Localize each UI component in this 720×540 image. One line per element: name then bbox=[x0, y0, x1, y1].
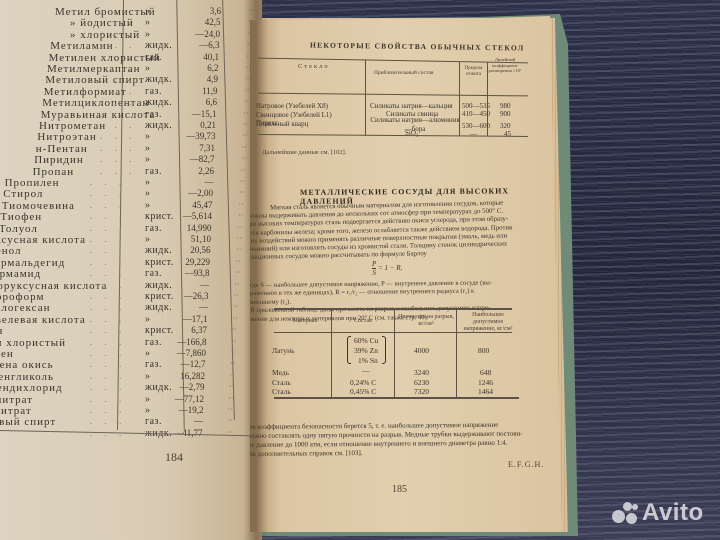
strength-value: 4000 bbox=[414, 346, 429, 355]
faded-column-value: ·· bbox=[228, 6, 254, 15]
faded-column-value: ·· bbox=[210, 348, 236, 357]
substance-name: Формальдегид bbox=[0, 257, 65, 269]
page-number-left: 184 bbox=[165, 450, 183, 465]
glass-composition: Силикаты натрия—кальция bbox=[370, 102, 453, 110]
faded-column-value: ·· bbox=[214, 268, 240, 277]
material-name: Латунь bbox=[272, 346, 295, 355]
physical-state: » bbox=[145, 143, 151, 154]
formula-rest: = 1 − R, bbox=[378, 264, 402, 272]
substance-name: Этиловый спирт bbox=[0, 416, 56, 428]
substance-name: Этилен bbox=[0, 348, 14, 360]
material-name: Медь bbox=[272, 368, 289, 377]
physical-state: жидк. bbox=[145, 302, 172, 313]
faded-column-value: ·· bbox=[212, 302, 238, 311]
temperature-value: 2,26 bbox=[176, 166, 214, 176]
faded-column-value: ·· bbox=[209, 371, 235, 380]
temperature-value: 0,21 bbox=[178, 120, 216, 130]
substance-name: Хлороформ bbox=[0, 291, 44, 303]
leader-dots: . . . bbox=[100, 29, 136, 39]
leader-dots: . . . bbox=[90, 257, 126, 267]
physical-state: » bbox=[145, 188, 151, 199]
leader-dots: . . . bbox=[90, 348, 126, 358]
material-name: Сталь bbox=[272, 378, 291, 387]
physical-state: крист. bbox=[145, 257, 174, 268]
composition-line: 0,45% C bbox=[350, 387, 376, 396]
faded-column-value: ·· bbox=[224, 74, 250, 83]
physical-state: » bbox=[145, 29, 151, 40]
faded-column-value: ·· bbox=[211, 325, 237, 334]
faded-column-value: ·· bbox=[213, 291, 239, 300]
faded-column-value: ·· bbox=[206, 416, 232, 425]
text-line: Для дополнительных справок см. [103]. bbox=[250, 447, 562, 459]
bracket-right bbox=[382, 336, 386, 364]
temperature-value: 29,229 bbox=[172, 257, 210, 267]
glass-name: Натровое (Узебелей Х8) bbox=[256, 102, 328, 110]
leader-dots: . . . bbox=[90, 416, 126, 426]
physical-state: крист. bbox=[145, 291, 174, 302]
temperature-value: —77,12 bbox=[166, 394, 204, 404]
temperature-value: 6,2 bbox=[181, 63, 219, 73]
leader-dots: . . . bbox=[100, 6, 136, 16]
physical-state: » bbox=[145, 234, 151, 245]
temperature-value: — bbox=[170, 302, 208, 312]
physical-state: газ. bbox=[145, 359, 162, 370]
substance-name: Циклогексан bbox=[0, 302, 50, 314]
physical-state: » bbox=[145, 348, 151, 359]
faded-column-value: ·· bbox=[227, 17, 253, 26]
leader-dots: . . . bbox=[90, 268, 126, 278]
left-page-table: Метил бромистый. . .»3,6··» йодистый. . … bbox=[0, 0, 262, 430]
faded-column-value: ·· bbox=[215, 245, 241, 254]
temperature-value: —26,3 bbox=[171, 291, 209, 301]
leader-dots: . . . bbox=[90, 325, 126, 335]
leader-dots: . . . bbox=[90, 188, 126, 198]
barlow-formula: PS = 1 − R, bbox=[372, 260, 402, 277]
temperature-value: 6,6 bbox=[179, 97, 217, 107]
stress-value: 800 bbox=[478, 346, 489, 355]
leader-dots: . . . bbox=[90, 280, 126, 290]
column-divider bbox=[456, 309, 457, 397]
temperature-value: —6,3 bbox=[182, 40, 220, 50]
substance-name: Фенол bbox=[0, 245, 22, 257]
physical-state: » bbox=[145, 405, 151, 416]
physical-state: газ. bbox=[145, 268, 162, 279]
column-divider bbox=[394, 309, 395, 397]
composition-line: — bbox=[362, 366, 370, 375]
glass-name: Свинцовое (Узебелей L1) bbox=[256, 111, 332, 119]
physical-state: газ. bbox=[145, 52, 162, 63]
physical-state: газ. bbox=[145, 223, 162, 234]
leader-dots: . . . bbox=[90, 177, 126, 187]
stress-value: 648 bbox=[480, 368, 491, 377]
substance-name: Этилендихлорид bbox=[0, 382, 63, 394]
leader-dots: . . . bbox=[90, 302, 126, 312]
temperature-value: 11,9 bbox=[180, 86, 218, 96]
leader-dots: . . . bbox=[90, 382, 126, 392]
composition-line: 60% Cu bbox=[354, 336, 378, 345]
leader-dots: . . . bbox=[90, 405, 126, 415]
paragraph-safety: Для коэффициента безопасности берется 5,… bbox=[250, 420, 562, 459]
leader-dots: . . . bbox=[100, 154, 136, 164]
faded-column-value: ·· bbox=[226, 52, 252, 61]
leader-dots: . . . bbox=[100, 131, 136, 141]
leader-dots: . . . bbox=[100, 74, 136, 84]
header-glass: Стекло bbox=[298, 63, 330, 70]
physical-state: жидк. bbox=[145, 40, 172, 51]
glass-anneal: — bbox=[470, 130, 477, 138]
leader-dots: . . . bbox=[90, 211, 126, 221]
temperature-value: — bbox=[176, 177, 214, 187]
temperature-value: 40,1 bbox=[181, 52, 219, 62]
physical-state: газ. bbox=[145, 109, 162, 120]
leader-dots: . . . bbox=[100, 17, 136, 27]
physical-state: » bbox=[145, 154, 151, 165]
faded-column-value: ·· bbox=[225, 63, 251, 72]
physical-state: крист. bbox=[145, 211, 174, 222]
faded-column-value: ·· bbox=[217, 211, 243, 220]
substance-name: Пропан bbox=[33, 166, 75, 178]
temperature-value: 51,10 bbox=[173, 234, 211, 244]
leader-dots: . . . bbox=[100, 166, 136, 176]
temperature-value: —24,0 bbox=[182, 29, 220, 39]
faded-column-value: ·· bbox=[208, 394, 234, 403]
temperature-value: —12,7 bbox=[168, 359, 206, 369]
faded-column-value: ·· bbox=[216, 234, 242, 243]
faded-column-value: ·· bbox=[227, 29, 253, 38]
header-material: Материал bbox=[280, 318, 330, 325]
faded-column-value: ·· bbox=[209, 359, 235, 368]
physical-state: » bbox=[145, 371, 151, 382]
temperature-value: —82,7 bbox=[177, 154, 215, 164]
leader-dots: . . . bbox=[90, 394, 126, 404]
temperature-value: —2,79 bbox=[167, 382, 205, 392]
glass-composition: SiO₂ bbox=[405, 129, 418, 137]
faded-column-value: ·· bbox=[211, 337, 237, 346]
substance-name: Этилнитрат bbox=[0, 405, 32, 417]
faded-column-value: ·· bbox=[226, 40, 252, 49]
leader-dots: . . . bbox=[100, 97, 136, 107]
physical-state: » bbox=[145, 63, 151, 74]
substance-name: Нитроэтан bbox=[37, 131, 96, 143]
leader-dots: . . . bbox=[100, 52, 136, 62]
faded-column-value: ·· bbox=[215, 257, 241, 266]
strength-value: 3240 bbox=[414, 368, 429, 377]
leader-dots: . . . bbox=[100, 40, 136, 50]
substance-name: н-Пентан bbox=[36, 143, 88, 155]
leader-dots: . . . bbox=[100, 120, 136, 130]
faded-column-value: ·· bbox=[223, 97, 249, 106]
leader-dots: . . . bbox=[90, 234, 126, 244]
faded-column-value: ·· bbox=[208, 382, 234, 391]
header-composition: Состав bbox=[334, 318, 392, 325]
paragraph-intro: Мягкая сталь является обычным материалом… bbox=[250, 198, 562, 262]
temperature-value: —17,1 bbox=[170, 314, 208, 324]
table-rule bbox=[274, 397, 519, 399]
temperature-value: —7,860 bbox=[168, 348, 206, 358]
header-composition: Приблизительный состав bbox=[374, 70, 433, 76]
physical-state: жидк. bbox=[145, 245, 172, 256]
glass-expansion: 45 bbox=[504, 130, 511, 138]
substance-name: Этилнитрат bbox=[0, 394, 33, 406]
glass-anneal: 530—600 bbox=[462, 122, 490, 130]
faded-column-value: ·· bbox=[217, 223, 243, 232]
composition-line: 1% Sn bbox=[358, 356, 378, 365]
substance-name: Этиленгликоль bbox=[0, 371, 54, 383]
substance-name: Тиофен bbox=[0, 211, 42, 223]
leader-dots: . . . bbox=[90, 223, 126, 233]
substance-name: Нитрометан bbox=[39, 120, 106, 132]
strength-value: 6230 bbox=[414, 378, 429, 387]
physical-state: газ. bbox=[145, 86, 162, 97]
faded-column-value: ·· bbox=[212, 314, 238, 323]
leader-dots: . . . bbox=[90, 200, 126, 210]
faded-column-value: ·· bbox=[207, 405, 233, 414]
glass-table-note: Дальнейшие данные см. [102]. bbox=[262, 149, 346, 156]
substance-name: Пиридин bbox=[34, 154, 84, 166]
temperature-value: —166,8 bbox=[169, 337, 207, 347]
glass-name: Плавленый кварц bbox=[256, 120, 308, 128]
temperature-value: —39,73 bbox=[178, 131, 216, 141]
faded-column-value: ·· bbox=[224, 86, 250, 95]
leader-dots: . . . bbox=[90, 314, 126, 324]
formula-numerator: P bbox=[372, 260, 376, 268]
column-divider bbox=[365, 60, 366, 136]
right-page: НЕКОТОРЫЕ СВОЙСТВА ОБЫЧНЫХ СТЕКОЛ Стекло… bbox=[250, 16, 562, 532]
physical-state: жидк. bbox=[145, 97, 172, 108]
glass-anneal: 410—450 bbox=[462, 110, 490, 118]
temperature-value: —2,00 bbox=[175, 188, 213, 198]
temperature-value: —19,2 bbox=[166, 405, 204, 415]
physical-state: » bbox=[145, 17, 151, 28]
substance-name: Тиомочевина bbox=[2, 200, 75, 212]
substance-name: Стирол bbox=[3, 188, 43, 200]
faded-column-value: ·· bbox=[218, 188, 244, 197]
temperature-value: — bbox=[165, 416, 203, 426]
temperature-value: 42,5 bbox=[183, 17, 221, 27]
bracket-left bbox=[347, 336, 351, 364]
temperature-value: —5,614 bbox=[174, 211, 212, 221]
physical-state: газ. bbox=[145, 166, 162, 177]
temperature-value: 4,9 bbox=[180, 74, 218, 84]
strength-value: 7320 bbox=[414, 387, 429, 396]
avito-dots-icon bbox=[612, 500, 638, 526]
composition-line: 0,24% C bbox=[350, 378, 376, 387]
leader-dots: . . . bbox=[90, 291, 126, 301]
material-name: Сталь bbox=[272, 387, 291, 396]
faded-column-value: ·· bbox=[220, 154, 246, 163]
glass-expansion: 320 bbox=[500, 122, 511, 130]
substance-name: Пропилен bbox=[5, 177, 60, 189]
physical-state: » bbox=[145, 131, 151, 142]
stress-value: 1246 bbox=[478, 378, 493, 387]
faded-column-value: ·· bbox=[223, 109, 249, 118]
temperature-value: 16,282 bbox=[167, 371, 205, 381]
physical-state: » bbox=[145, 6, 151, 17]
glass-expansion: 900 bbox=[500, 110, 511, 118]
leader-dots: . . . bbox=[100, 63, 136, 73]
temperature-value: —15,1 bbox=[179, 109, 217, 119]
faded-column-value: ·· bbox=[221, 143, 247, 152]
stress-value: 1464 bbox=[478, 387, 493, 396]
leader-dots: . . . bbox=[100, 143, 136, 153]
physical-state: » bbox=[145, 394, 151, 405]
physical-state: » bbox=[145, 314, 151, 325]
faded-column-value: ·· bbox=[221, 131, 247, 140]
substance-name: Толуол bbox=[0, 223, 38, 235]
temperature-value: 3,6 bbox=[183, 6, 221, 16]
avito-logo-text: Avito bbox=[642, 499, 704, 527]
table-rule bbox=[274, 308, 512, 310]
physical-state: жидк. bbox=[145, 120, 172, 131]
glass-table-title: НЕКОТОРЫЕ СВОЙСТВА ОБЫЧНЫХ СТЕКОЛ bbox=[310, 41, 525, 53]
temperature-value: — bbox=[171, 280, 209, 290]
substance-name: Щавелевая кислота bbox=[0, 314, 86, 326]
physical-state: жидк. bbox=[145, 74, 172, 85]
physical-state: жидк. bbox=[145, 280, 172, 291]
faded-column-value: ·· bbox=[219, 177, 245, 186]
substance-name: Муравьиная кислота bbox=[41, 109, 156, 121]
temperature-value: —93,8 bbox=[172, 268, 210, 278]
temperature-value: 6,37 bbox=[169, 325, 207, 335]
substance-name: Этил хлористый bbox=[0, 337, 66, 349]
temperature-value: 45,47 bbox=[175, 200, 213, 210]
leader-dots: . . . bbox=[90, 337, 126, 347]
faded-column-value: ·· bbox=[214, 280, 240, 289]
leader-dots: . . . bbox=[90, 359, 126, 369]
faded-column-value: ·· bbox=[218, 200, 244, 209]
header-expansion: Линейный коэффициент расширения ×10⁷ bbox=[488, 57, 522, 74]
leader-dots: . . . bbox=[90, 371, 126, 381]
avito-watermark: Avito bbox=[612, 499, 704, 527]
formula-denominator: S bbox=[372, 268, 376, 277]
composition-line: 39% Zn bbox=[354, 346, 378, 355]
author-signature: E.F.G.H. bbox=[508, 460, 544, 469]
glass-expansion: 980 bbox=[500, 102, 511, 110]
substance-name: Уксусная кислота bbox=[0, 234, 86, 246]
header-strength: Прочность на разрыв, кг/см² bbox=[397, 314, 455, 328]
leader-dots: . . . bbox=[90, 245, 126, 255]
temperature-value: 20,56 bbox=[173, 245, 211, 255]
substance-name: Этилена окись bbox=[0, 359, 54, 371]
faded-column-value: ·· bbox=[220, 166, 246, 175]
leader-dots: . . . bbox=[100, 86, 136, 96]
physical-state: газ. bbox=[145, 416, 162, 427]
faded-column-value: ·· bbox=[222, 120, 248, 129]
left-page: Метил бромистый. . .»3,6··» йодистый. . … bbox=[0, 0, 262, 540]
temperature-value: 14,990 bbox=[174, 223, 212, 233]
physical-state: » bbox=[145, 200, 151, 211]
leader-dots: . . . bbox=[100, 109, 136, 119]
physical-state: » bbox=[145, 177, 151, 188]
temperature-value: 7,31 bbox=[177, 143, 215, 153]
column-divider bbox=[331, 309, 332, 397]
page-number-right: 185 bbox=[392, 484, 407, 495]
header-stress: Наибольшее допустимое напряжение, кг/см² bbox=[458, 312, 518, 333]
physical-state: газ. bbox=[145, 337, 162, 348]
glass-anneal: 500—535 bbox=[462, 102, 490, 110]
substance-name: Этан bbox=[0, 325, 3, 337]
header-anneal: Предела отжига bbox=[460, 66, 487, 78]
substance-name: Формамид bbox=[0, 268, 41, 280]
